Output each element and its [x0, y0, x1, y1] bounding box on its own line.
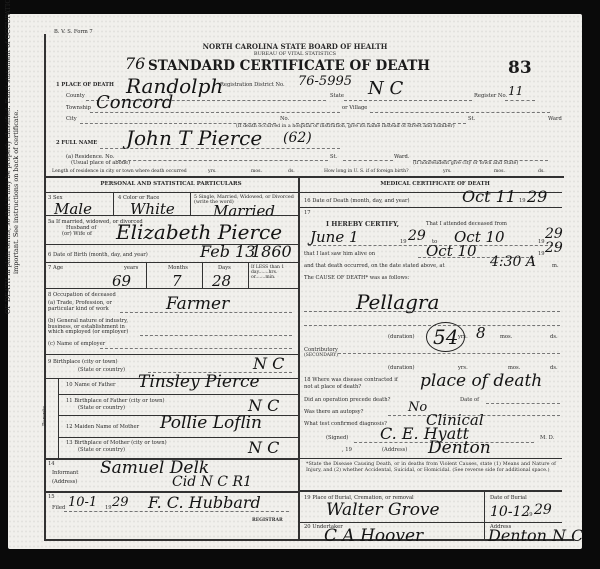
death-time-value: 4:30 A: [490, 254, 536, 270]
full-name-value: John T Pierce: [126, 126, 262, 150]
secondary-duration-label: (duration): [388, 365, 415, 371]
residence-st-label: St.: [330, 154, 337, 160]
full-name-extra: (62): [283, 130, 312, 146]
date-of-death-label: 16 Date of Death (month, day, and year): [304, 198, 409, 204]
physician-address-value: Denton: [428, 438, 491, 458]
burial-place-value: Walter Grove: [326, 500, 440, 520]
autopsy-label: Was there an autopsy?: [304, 409, 363, 415]
employer-label: (c) Name of employer: [48, 341, 105, 347]
us-mos-label: mos.: [494, 169, 505, 174]
handwritten-prefix: 76: [125, 54, 145, 73]
last-saw-year: 29: [545, 240, 563, 256]
informant-address-label: (Address): [52, 479, 77, 485]
md-label: M. D.: [540, 435, 554, 441]
registration-district-value: 76-5995: [298, 74, 352, 89]
burial-date-value: 10-12: [490, 504, 530, 520]
attended-from: June 1: [310, 228, 359, 246]
hospital-note: (If death occurred in a hospital or inst…: [236, 124, 455, 129]
birthplace-label: 9 Birthplace (city or town): [48, 359, 118, 365]
cause-label: The CAUSE OF DEATH* was as follows:: [304, 275, 409, 281]
agency-title: NORTH CAROLINA STATE BOARD OF HEALTH: [8, 42, 582, 51]
mother-birthplace-label: 13 Birthplace of Mother (city or town): [66, 440, 167, 446]
father-birthplace-state-label: (State or country): [78, 405, 125, 411]
spouse-value: Elizabeth Pierce: [116, 220, 282, 244]
birthplace-value: N C: [253, 354, 284, 373]
duration-label: (duration): [388, 334, 415, 340]
filed-date: 10-1: [68, 495, 97, 510]
county-label: County: [66, 93, 85, 99]
contracted-value: place of death: [420, 371, 542, 391]
city-label: City: [66, 116, 77, 122]
spouse-label-3: (or) Wife of: [62, 231, 92, 237]
father-value: Tinsley Pierce: [138, 372, 260, 392]
secondary-ds-label: ds.: [550, 365, 558, 371]
occupation-b-label: (b) General nature of industry, business…: [48, 319, 138, 336]
length-ds-label: ds.: [288, 169, 295, 174]
occupation-a-label: (a) Trade, Profession, or particular kin…: [48, 301, 118, 312]
birthplace-state-label: (State or country): [78, 367, 125, 373]
autopsy-value: No: [408, 400, 427, 415]
death-certificate: OF DEATH in plain terms, so that it may …: [8, 14, 582, 549]
undertaker-address-value: Denton N C: [488, 526, 583, 545]
township-value: Concord: [96, 92, 173, 113]
residence-ward-label: Ward.: [394, 154, 409, 160]
duration-mos-label: mos.: [500, 334, 512, 340]
informant-number: 14: [48, 461, 55, 467]
registration-district-label: Registration District No.: [220, 82, 285, 88]
dob-year: 1860: [251, 242, 292, 261]
length-yrs-label: yrs.: [208, 169, 217, 174]
village-label: or Village: [342, 105, 367, 111]
personal-section-title: PERSONAL AND STATISTICAL PARTICULARS: [44, 181, 298, 187]
register-value: 11: [508, 84, 523, 98]
date-of-death-value: Oct 11: [462, 187, 516, 206]
mother-birthplace-value: N C: [248, 438, 279, 457]
certificate-title: STANDARD CERTIFICATE OF DEATH: [148, 58, 430, 74]
operation-date-label: Date of: [460, 397, 479, 403]
township-label: Township: [66, 105, 91, 111]
registrar-name: F. C. Hubbard: [148, 493, 261, 512]
undertaker-value: C A Hoover: [324, 526, 423, 546]
state-label: State: [330, 93, 344, 99]
months-label: Months: [168, 265, 188, 271]
mother-value: Pollie Loflin: [160, 413, 262, 433]
bureau-title: BUREAU OF VITAL STATISTICS: [8, 51, 582, 57]
full-name-label: 2 FULL NAME: [56, 140, 97, 146]
death-time-label: and that death occurred, on the date sta…: [304, 263, 445, 269]
no-label: No.: [280, 116, 289, 122]
certificate-number: 83: [508, 58, 532, 78]
ward-label: Ward: [548, 116, 562, 122]
filed-year: 29: [112, 495, 129, 510]
place-of-death-label: 1 PLACE OF DEATH: [56, 82, 114, 88]
age-label: 7 Age: [48, 265, 63, 271]
burial-date-label: Date of Burial: [490, 495, 527, 501]
mother-birthplace-state-label: (State or country): [78, 447, 125, 453]
length-of-residence-label: Length of residence in city or town wher…: [52, 169, 187, 174]
certify-text: I HEREBY CERTIFY,: [326, 220, 399, 228]
father-birthplace-label: 11 Birthplace of Father (city or town): [66, 398, 165, 404]
signed-label: (Signed): [326, 435, 348, 441]
duration-ds-label: ds.: [550, 334, 558, 340]
last-saw-label: that I last saw him alive on: [304, 251, 375, 257]
father-label: 10 Name of Father: [66, 382, 116, 388]
operation-label: Did an operation precede death?: [304, 397, 390, 403]
us-yrs-label: yrs.: [443, 169, 452, 174]
informant-address-value: Cid N C R1: [172, 474, 252, 490]
length-mos-label: mos.: [251, 169, 262, 174]
contracted-label: 18 Where was disease contracted if not a…: [304, 377, 404, 390]
burial-year: 29: [534, 502, 552, 518]
duration-yrs-label: yrs.: [458, 334, 468, 340]
days-label: Days: [218, 265, 231, 271]
register-label: Register No.: [474, 93, 507, 99]
informant-label: Informant: [52, 470, 78, 476]
parents-label: Parents: [42, 406, 48, 426]
occupation-value: Farmer: [166, 294, 229, 314]
from-year: 29: [408, 228, 426, 244]
nonresident-note: (If nonresident give city or town and St…: [413, 161, 518, 166]
filed-number: 15: [48, 494, 55, 500]
test-label: What test confirmed diagnosis?: [304, 421, 387, 427]
burial-year-prefix: 19: [526, 512, 533, 518]
dob-month-day: Feb 13: [200, 242, 255, 261]
certify-rest: That I attended deceased from: [426, 221, 507, 227]
death-time-suffix: m.: [552, 263, 559, 269]
duration-mos-value: 8: [476, 324, 486, 342]
secondary-label: (SECONDARY): [304, 353, 338, 358]
marital-value: Married: [213, 202, 275, 220]
dob-label: 6 Date of Birth (month, day, and year): [48, 252, 148, 258]
years-label: years: [124, 265, 138, 271]
footnote: *State the Disease Causing Death, or in …: [306, 462, 556, 474]
column-divider: [298, 176, 300, 539]
left-border: [44, 34, 46, 539]
item-17: 17: [304, 210, 311, 216]
registrar-label: REGISTRAR: [252, 518, 283, 523]
dod-year-prefix: 19: [519, 198, 526, 204]
foreign-birth-label: How long in U. S. if of foreign birth?: [324, 169, 409, 174]
last-saw-year-prefix: 19: [538, 251, 545, 257]
less-than-day-label: If LESS than 1 day.......hrs. or.......m…: [251, 265, 297, 280]
occupation-label: 8 Occupation of deceased: [48, 292, 116, 298]
mother-label: 12 Maiden Name of Mother: [66, 424, 139, 430]
state-value: N C: [368, 78, 403, 99]
st-label: St.: [468, 116, 475, 122]
us-ds-label: ds.: [538, 169, 545, 174]
physician-address-label: (Address): [382, 447, 407, 453]
signature-year-prefix: , 19: [342, 447, 352, 453]
dod-year: 29: [527, 187, 547, 206]
form-id: B. V. S. Form 7: [54, 29, 93, 35]
